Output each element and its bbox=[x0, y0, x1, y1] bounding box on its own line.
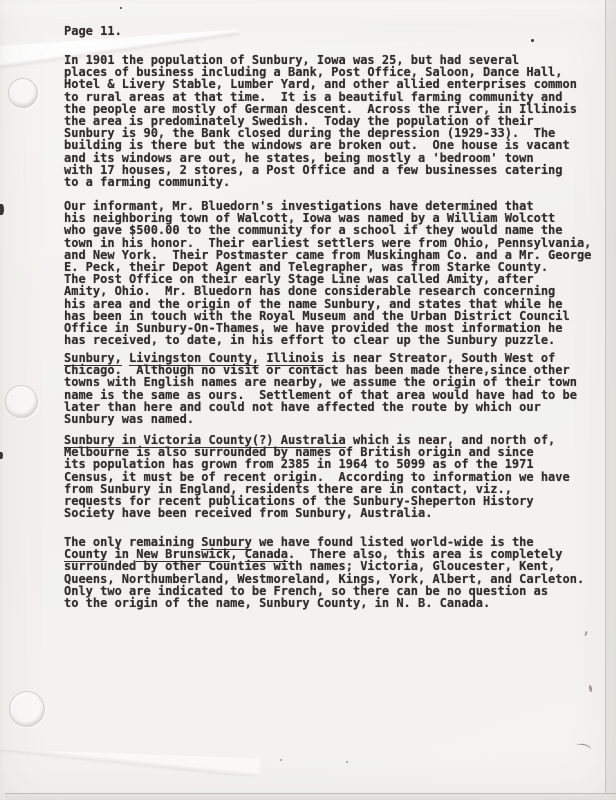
hole-punch-bottom bbox=[9, 691, 45, 727]
paragraph-sunbury-illinois: Sunbury, Livingston County, Illinois is … bbox=[64, 352, 577, 425]
paper-speck bbox=[531, 39, 534, 42]
paper-speck bbox=[588, 685, 592, 692]
hole-punch-middle bbox=[5, 385, 38, 418]
hole-punch-top bbox=[8, 78, 38, 108]
paper-speck bbox=[120, 7, 122, 9]
paragraph-bluedorn-investigations: Our informant, Mr. Bluedorn's investigat… bbox=[64, 200, 591, 346]
page-right-edge bbox=[605, 0, 616, 800]
paper-edge-mark bbox=[0, 204, 4, 215]
scanned-typewritten-page: Page 11. In 1901 the population of Sunbu… bbox=[0, 0, 616, 800]
paper-speck bbox=[584, 631, 587, 636]
paper-speck bbox=[346, 761, 348, 763]
paper-speck bbox=[280, 759, 282, 761]
paragraph-sunbury-iowa-population: In 1901 the population of Sunbury, Iowa … bbox=[64, 54, 577, 188]
paper-edge-mark bbox=[0, 452, 3, 459]
paragraph-sunbury-canada: The only remaining Sunbury we have found… bbox=[64, 536, 584, 609]
page-bottom-edge bbox=[5, 793, 616, 800]
paper-sheen bbox=[0, 0, 616, 24]
pencil-mark bbox=[575, 742, 591, 753]
paragraph-sunbury-australia: Sunbury in Victoria County(?) Australia … bbox=[64, 434, 570, 519]
page-number-label: Page 11. bbox=[64, 25, 122, 37]
paper-crease-bottom bbox=[0, 749, 260, 776]
